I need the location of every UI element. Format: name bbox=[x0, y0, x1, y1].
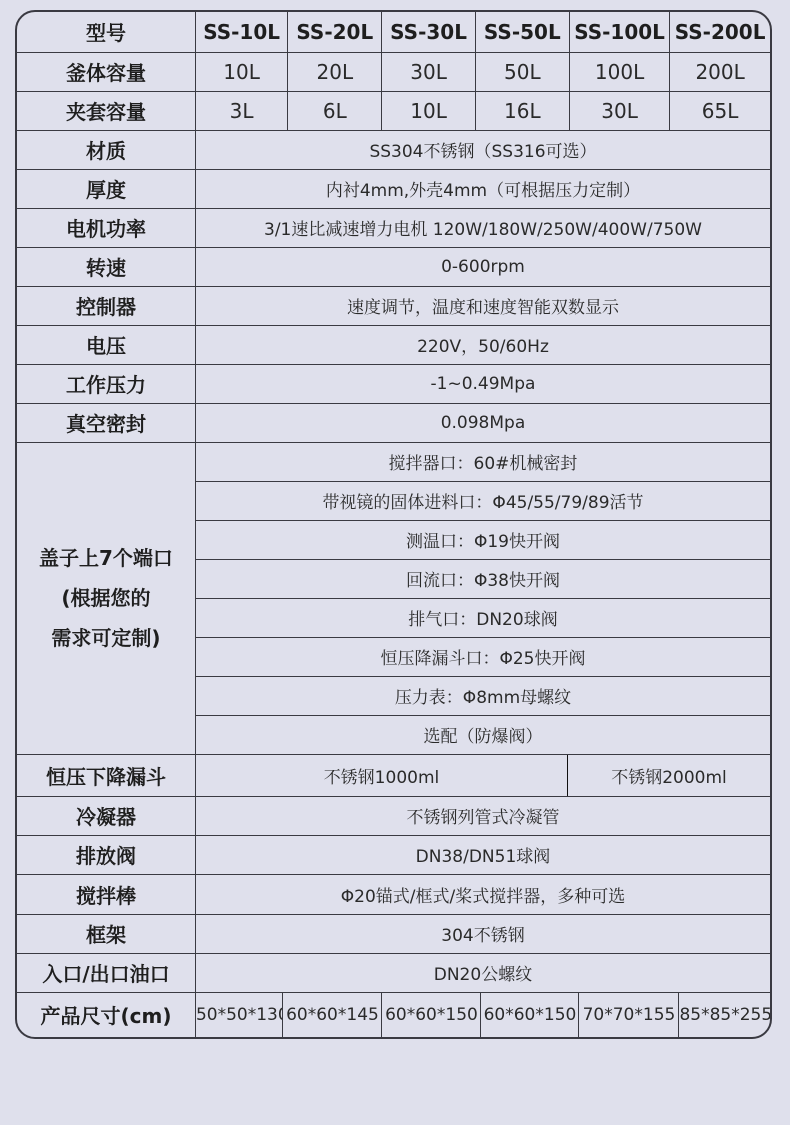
cell: 测温口：Φ19快开阀 bbox=[195, 520, 770, 559]
lid-ports-label-line: 需求可定制) bbox=[17, 618, 195, 658]
row-funnel: 恒压下降漏斗 不锈钢1000ml 不锈钢2000ml bbox=[17, 754, 770, 796]
cell: 3L bbox=[195, 91, 287, 130]
cell: 0-600rpm bbox=[195, 247, 770, 286]
row-label: 夹套容量 bbox=[17, 91, 195, 130]
row-working-pressure: 工作压力 -1~0.49Mpa bbox=[17, 364, 770, 403]
cell: 回流口：Φ38快开阀 bbox=[195, 559, 770, 598]
cell: 6L bbox=[288, 91, 382, 130]
row-label: 产品尺寸(cm) bbox=[17, 992, 195, 1037]
cell: 50*50*130 bbox=[196, 993, 283, 1037]
cell: 70*70*155 bbox=[579, 993, 679, 1037]
model-ss-50l: SS-50L bbox=[475, 12, 569, 52]
lid-ports-label-line: (根据您的 bbox=[17, 578, 195, 618]
cell: 304不锈钢 bbox=[195, 914, 770, 953]
cell: 10L bbox=[382, 91, 475, 130]
model-label: 型号 bbox=[17, 12, 195, 52]
cell: 3/1速比减速增力电机 120W/180W/250W/400W/750W bbox=[195, 208, 770, 247]
row-label: 材质 bbox=[17, 130, 195, 169]
cell: 60*60*145 bbox=[283, 993, 382, 1037]
row-controller: 控制器 速度调节，温度和速度智能双数显示 bbox=[17, 286, 770, 325]
row-label: 电压 bbox=[17, 325, 195, 364]
row-frame: 框架 304不锈钢 bbox=[17, 914, 770, 953]
cell: DN20公螺纹 bbox=[195, 953, 770, 992]
row-motor-power: 电机功率 3/1速比减速增力电机 120W/180W/250W/400W/750… bbox=[17, 208, 770, 247]
row-label: 搅拌棒 bbox=[17, 874, 195, 914]
cell: 65L bbox=[670, 91, 770, 130]
cell: 排气口：DN20球阀 bbox=[195, 598, 770, 637]
row-thickness: 厚度 内衬4mm,外壳4mm（可根据压力定制） bbox=[17, 169, 770, 208]
row-label: 转速 bbox=[17, 247, 195, 286]
cell: 选配（防爆阀） bbox=[195, 715, 770, 754]
funnel-cell: 不锈钢1000ml 不锈钢2000ml bbox=[195, 754, 770, 796]
row-voltage: 电压 220V，50/60Hz bbox=[17, 325, 770, 364]
spec-table-main: 型号 SS-10L SS-20L SS-30L SS-50L SS-100L S… bbox=[17, 12, 770, 1037]
row-jacket-capacity: 夹套容量 3L 6L 10L 16L 30L 65L bbox=[17, 91, 770, 130]
cell: 搅拌器口：60#机械密封 bbox=[195, 442, 770, 481]
row-speed: 转速 0-600rpm bbox=[17, 247, 770, 286]
cell: 速度调节，温度和速度智能双数显示 bbox=[195, 286, 770, 325]
row-label: 真空密封 bbox=[17, 403, 195, 442]
funnel-split: 不锈钢1000ml 不锈钢2000ml bbox=[196, 755, 770, 796]
row-lid-port: 盖子上7个端口 (根据您的 需求可定制) 搅拌器口：60#机械密封 bbox=[17, 442, 770, 481]
row-label: 排放阀 bbox=[17, 835, 195, 874]
model-ss-10l: SS-10L bbox=[195, 12, 287, 52]
cell: 30L bbox=[569, 91, 669, 130]
row-label: 入口/出口油口 bbox=[17, 953, 195, 992]
row-label: 框架 bbox=[17, 914, 195, 953]
lid-ports-label-line: 盖子上7个端口 bbox=[17, 538, 195, 578]
model-ss-30l: SS-30L bbox=[382, 12, 475, 52]
cell: 60*60*150 bbox=[382, 993, 481, 1037]
row-label: 电机功率 bbox=[17, 208, 195, 247]
cell: 50L bbox=[475, 52, 569, 91]
cell: SS304不锈钢（SS316可选） bbox=[195, 130, 770, 169]
cell: 60*60*150 bbox=[481, 993, 579, 1037]
row-discharge-valve: 排放阀 DN38/DN51球阀 bbox=[17, 835, 770, 874]
cell: 200L bbox=[670, 52, 770, 91]
row-label: 恒压下降漏斗 bbox=[17, 754, 195, 796]
row-condenser: 冷凝器 不锈钢列管式冷凝管 bbox=[17, 796, 770, 835]
size-split: 50*50*130 60*60*145 60*60*150 60*60*150 … bbox=[196, 993, 770, 1037]
row-kettle-capacity: 釜体容量 10L 20L 30L 50L 100L 200L bbox=[17, 52, 770, 91]
row-label: 釜体容量 bbox=[17, 52, 195, 91]
cell: -1~0.49Mpa bbox=[195, 364, 770, 403]
row-stirring-rod: 搅拌棒 Φ20锚式/框式/桨式搅拌器，多种可选 bbox=[17, 874, 770, 914]
cell: 不锈钢1000ml bbox=[196, 755, 568, 796]
cell: 16L bbox=[475, 91, 569, 130]
row-label: 控制器 bbox=[17, 286, 195, 325]
cell: 85*85*255 bbox=[679, 993, 770, 1037]
cell: 20L bbox=[288, 52, 382, 91]
row-vacuum-seal: 真空密封 0.098Mpa bbox=[17, 403, 770, 442]
row-product-size: 产品尺寸(cm) 50*50*130 60*60*145 60*60*150 6… bbox=[17, 992, 770, 1037]
lid-ports-label: 盖子上7个端口 (根据您的 需求可定制) bbox=[17, 442, 195, 754]
cell: 不锈钢2000ml bbox=[567, 755, 770, 796]
cell: 压力表：Φ8mm母螺纹 bbox=[195, 676, 770, 715]
cell: 0.098Mpa bbox=[195, 403, 770, 442]
row-label: 冷凝器 bbox=[17, 796, 195, 835]
cell: 30L bbox=[382, 52, 475, 91]
row-oil-port: 入口/出口油口 DN20公螺纹 bbox=[17, 953, 770, 992]
cell: 内衬4mm,外壳4mm（可根据压力定制） bbox=[195, 169, 770, 208]
row-material: 材质 SS304不锈钢（SS316可选） bbox=[17, 130, 770, 169]
model-ss-100l: SS-100L bbox=[569, 12, 669, 52]
cell: 带视镜的固体进料口：Φ45/55/79/89活节 bbox=[195, 481, 770, 520]
row-label: 厚度 bbox=[17, 169, 195, 208]
row-label: 工作压力 bbox=[17, 364, 195, 403]
spec-table: 型号 SS-10L SS-20L SS-30L SS-50L SS-100L S… bbox=[15, 10, 772, 1039]
size-cell: 50*50*130 60*60*145 60*60*150 60*60*150 … bbox=[195, 992, 770, 1037]
cell: Φ20锚式/框式/桨式搅拌器，多种可选 bbox=[195, 874, 770, 914]
model-ss-20l: SS-20L bbox=[288, 12, 382, 52]
cell: 220V，50/60Hz bbox=[195, 325, 770, 364]
cell: 10L bbox=[195, 52, 287, 91]
header-row: 型号 SS-10L SS-20L SS-30L SS-50L SS-100L S… bbox=[17, 12, 770, 52]
cell: DN38/DN51球阀 bbox=[195, 835, 770, 874]
cell: 100L bbox=[569, 52, 669, 91]
cell: 不锈钢列管式冷凝管 bbox=[195, 796, 770, 835]
cell: 恒压降漏斗口：Φ25快开阀 bbox=[195, 637, 770, 676]
model-ss-200l: SS-200L bbox=[670, 12, 770, 52]
